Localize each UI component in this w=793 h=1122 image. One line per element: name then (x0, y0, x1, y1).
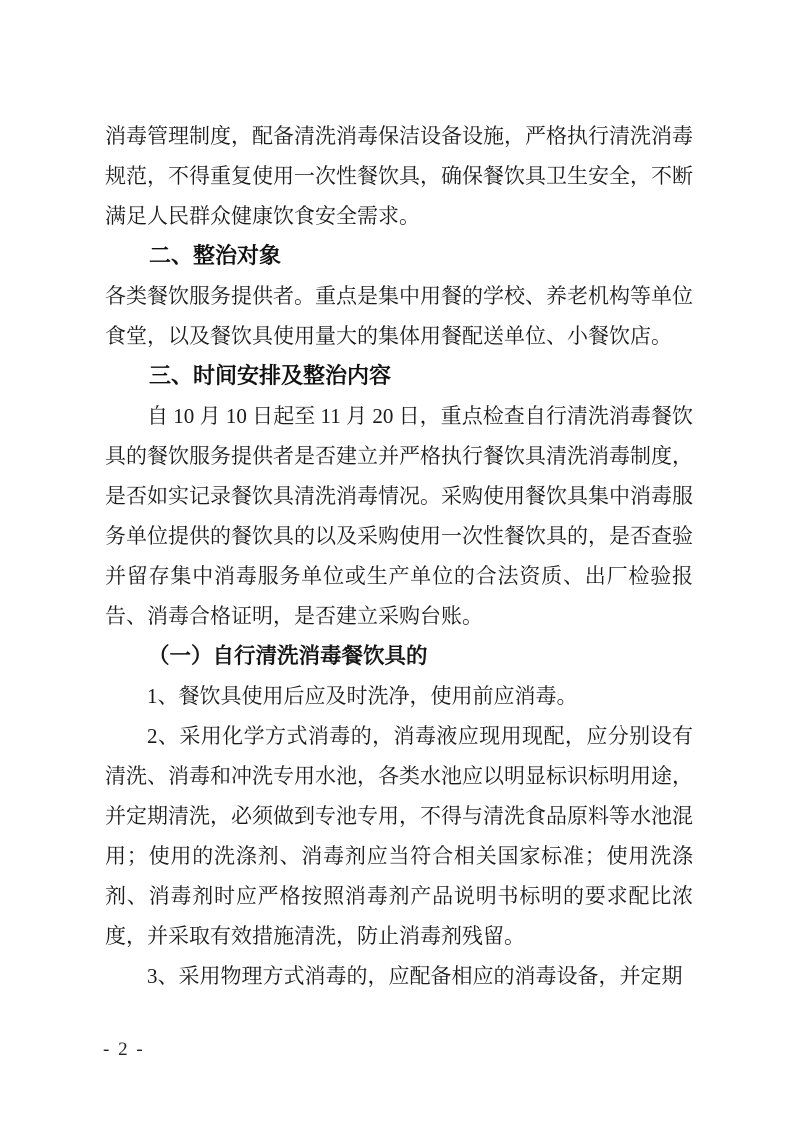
paragraph-targets: 各类餐饮服务提供者。重点是集中用餐的学校、养老机构等单位食堂，以及餐饮具使用量大… (105, 276, 693, 356)
paragraph-intro-continuation: 消毒管理制度，配备清洗消毒保洁设备设施，严格执行清洗消毒规范，不得重复使用一次性… (105, 116, 693, 236)
page-number: - 2 - (103, 1038, 145, 1062)
section-heading-3: 三、时间安排及整治内容 (105, 356, 693, 396)
paragraph-schedule: 自 10 月 10 日起至 11 月 20 日，重点检查自行清洗消毒餐饮具的餐饮… (105, 396, 693, 636)
paragraph-item-2: 2、采用化学方式消毒的，消毒液应现用现配，应分别设有清洗、消毒和冲洗专用水池，各… (105, 716, 693, 956)
subsection-heading-1: （一）自行清洗消毒餐饮具的 (105, 636, 693, 676)
document-page: 消毒管理制度，配备清洗消毒保洁设备设施，严格执行清洗消毒规范，不得重复使用一次性… (0, 0, 793, 1122)
paragraph-item-3: 3、采用物理方式消毒的，应配备相应的消毒设备，并定期 (105, 956, 693, 996)
document-body: 消毒管理制度，配备清洗消毒保洁设备设施，严格执行清洗消毒规范，不得重复使用一次性… (105, 116, 693, 996)
section-heading-2: 二、整治对象 (105, 236, 693, 276)
paragraph-item-1: 1、餐饮具使用后应及时洗净，使用前应消毒。 (105, 676, 693, 716)
